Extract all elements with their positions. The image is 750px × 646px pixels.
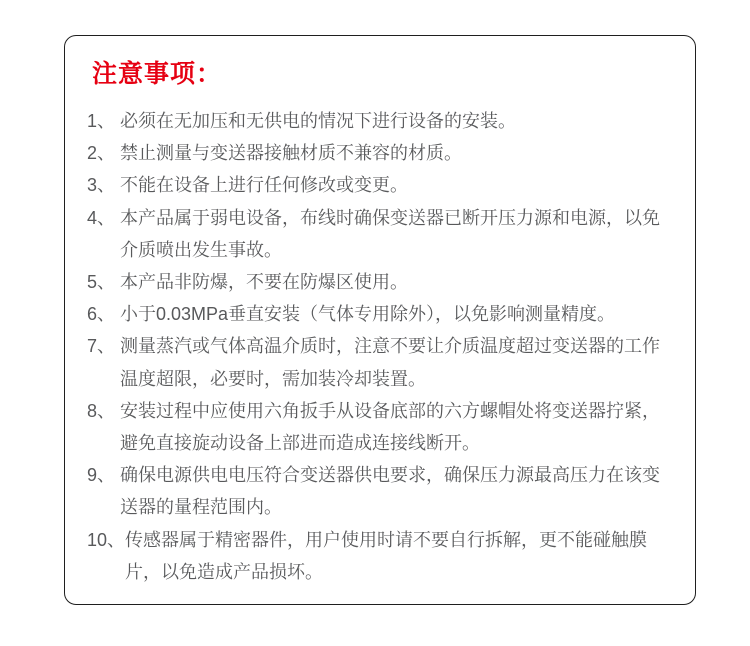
page: 注意事项： 1、 必须在无加压和无供电的情况下进行设备的安装。 2、 禁止测量与… bbox=[0, 0, 750, 646]
list-item: 4、 本产品属于弱电设备，布线时确保变送器已断开压力源和电源，以免 介质喷出发生… bbox=[87, 202, 681, 266]
list-item-text: 本产品属于弱电设备，布线时确保变送器已断开压力源和电源，以免 介质喷出发生事故。 bbox=[120, 202, 681, 266]
list-item-text: 本产品非防爆，不要在防爆区使用。 bbox=[120, 266, 681, 298]
precautions-list: 1、 必须在无加压和无供电的情况下进行设备的安装。 2、 禁止测量与变送器接触材… bbox=[87, 105, 681, 588]
list-item-number: 8、 bbox=[87, 395, 120, 427]
list-item: 8、 安装过程中应使用六角扳手从设备底部的六方螺帽处将变送器拧紧， 避免直接旋动… bbox=[87, 395, 681, 459]
list-item-number: 7、 bbox=[87, 330, 120, 362]
list-item-text: 安装过程中应使用六角扳手从设备底部的六方螺帽处将变送器拧紧， 避免直接旋动设备上… bbox=[120, 395, 681, 459]
list-item: 2、 禁止测量与变送器接触材质不兼容的材质。 bbox=[87, 137, 681, 169]
list-item-text: 确保电源供电电压符合变送器供电要求，确保压力源最高压力在该变 送器的量程范围内。 bbox=[120, 459, 681, 523]
list-item-number: 3、 bbox=[87, 169, 120, 201]
list-item-number: 4、 bbox=[87, 202, 120, 234]
page-title: 注意事项： bbox=[92, 57, 681, 91]
list-item: 5、 本产品非防爆，不要在防爆区使用。 bbox=[87, 266, 681, 298]
list-item-number: 5、 bbox=[87, 266, 120, 298]
list-item-text: 禁止测量与变送器接触材质不兼容的材质。 bbox=[120, 137, 681, 169]
list-item: 9、 确保电源供电电压符合变送器供电要求，确保压力源最高压力在该变 送器的量程范… bbox=[87, 459, 681, 523]
list-item-text: 必须在无加压和无供电的情况下进行设备的安装。 bbox=[120, 105, 681, 137]
list-item: 3、 不能在设备上进行任何修改或变更。 bbox=[87, 169, 681, 201]
precautions-card: 注意事项： 1、 必须在无加压和无供电的情况下进行设备的安装。 2、 禁止测量与… bbox=[64, 35, 696, 605]
list-item-text: 不能在设备上进行任何修改或变更。 bbox=[120, 169, 681, 201]
list-item-number: 10、 bbox=[87, 524, 125, 556]
list-item-text: 传感器属于精密器件，用户使用时请不要自行拆解，更不能碰触膜 片，以免造成产品损坏… bbox=[125, 524, 681, 588]
list-item-number: 9、 bbox=[87, 459, 120, 491]
list-item: 7、 测量蒸汽或气体高温介质时，注意不要让介质温度超过变送器的工作 温度超限，必… bbox=[87, 330, 681, 394]
list-item-text: 小于0.03MPa垂直安装（气体专用除外），以免影响测量精度。 bbox=[120, 298, 681, 330]
list-item-number: 1、 bbox=[87, 105, 120, 137]
list-item: 6、 小于0.03MPa垂直安装（气体专用除外），以免影响测量精度。 bbox=[87, 298, 681, 330]
list-item: 1、 必须在无加压和无供电的情况下进行设备的安装。 bbox=[87, 105, 681, 137]
list-item-text: 测量蒸汽或气体高温介质时，注意不要让介质温度超过变送器的工作 温度超限，必要时，… bbox=[120, 330, 681, 394]
list-item: 10、 传感器属于精密器件，用户使用时请不要自行拆解，更不能碰触膜 片，以免造成… bbox=[87, 524, 681, 588]
list-item-number: 6、 bbox=[87, 298, 120, 330]
list-item-number: 2、 bbox=[87, 137, 120, 169]
